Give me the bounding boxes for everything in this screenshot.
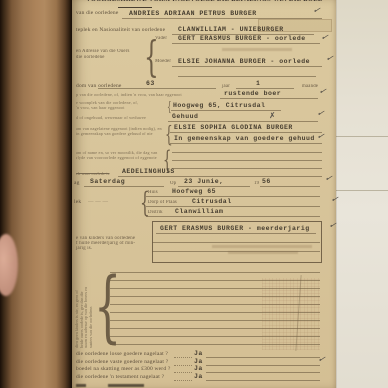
leader xyxy=(174,357,192,358)
marital-label: d of ongehuud, wewenaar of weduwee xyxy=(76,115,146,120)
residence-label-2: 'n vrou, van haar eggenoot xyxy=(76,105,125,110)
rule xyxy=(98,88,216,89)
age-years: 63 xyxy=(146,80,155,87)
brace-glyph: { xyxy=(167,101,172,114)
siblings-note-rotated: dien geen kinders is nie, en geen of bei… xyxy=(75,268,93,348)
day-value: Saterdag xyxy=(90,178,125,185)
rule xyxy=(146,196,320,197)
page-stack-edge xyxy=(336,0,388,388)
day-label: ag xyxy=(74,180,80,186)
op-label: Op xyxy=(170,181,176,186)
age-years-unit: jaar xyxy=(222,84,230,89)
place-label: lek xyxy=(74,199,81,205)
rule xyxy=(110,272,320,273)
brace-glyph: { xyxy=(144,36,159,78)
rule xyxy=(206,357,320,358)
rule xyxy=(171,110,281,111)
cutoff-text-fragment xyxy=(76,384,86,387)
spouse-name: ELSIE SOPHIA GLODINA BURGER xyxy=(174,124,293,131)
rule xyxy=(260,186,320,187)
parents-label-1: en Adresse van die Ouers xyxy=(76,49,130,54)
rule xyxy=(118,176,322,177)
rule xyxy=(84,186,164,187)
question-3-label: boedel na skatting meer as £300 werd ? xyxy=(76,366,171,372)
question-3-answer: Ja xyxy=(194,365,203,372)
distrik-value: Clanwilliam xyxy=(175,208,223,215)
faint-grid-stamp xyxy=(262,278,320,350)
rule xyxy=(206,372,320,373)
faint-stamp xyxy=(222,48,292,51)
rule xyxy=(170,143,322,144)
leader xyxy=(174,365,192,366)
rule xyxy=(170,132,322,133)
parents-label-2: die oorledene xyxy=(76,55,105,60)
residence-value: Hoogweg 65, Citrusdal xyxy=(173,102,265,109)
occupation-label: p van die oorledene, of, indien 'n vrou,… xyxy=(76,92,182,97)
cross-mark: ✗ xyxy=(269,112,277,121)
question-2-answer: Ja xyxy=(194,358,203,365)
question-4-label: die oorledene 'n testament nagelaat ? xyxy=(76,374,164,380)
rule xyxy=(236,88,294,89)
rule xyxy=(172,168,322,169)
page-stack-line xyxy=(336,136,388,137)
huis-label: Huis xyxy=(148,190,158,195)
form-title-clipped: VOORGESKREWE VORM INGEVOLGE DIE BEPALING… xyxy=(86,0,322,5)
checkmark-icon: ✓ xyxy=(315,110,326,120)
checkmark-icon: ✓ xyxy=(311,7,322,17)
siblings-note-line: susters van die oorledene. xyxy=(89,268,94,348)
checkmark-icon: ✓ xyxy=(323,175,334,185)
question-1-answer: Ja xyxy=(194,350,203,357)
date-value: 23 Junie, xyxy=(184,178,224,185)
name-value: ANDRIES ADRIAAN PETRUS BURGER xyxy=(129,10,257,17)
page-stack-line xyxy=(336,190,388,191)
checkmark-icon: ✓ xyxy=(319,34,330,44)
distrik-label: Distrik xyxy=(148,210,163,215)
place-of-death-value: AEDELINGHUIS xyxy=(122,168,175,175)
name-label: van die oorledene xyxy=(76,10,119,16)
children-value: GERT ERASMUS BURGER - meerderjarig xyxy=(160,225,310,232)
birthplace-value: CLANWILLIAM - UNIEBURGER xyxy=(178,26,284,33)
spouse-label-2: in gemeenskap van goedere gehuud of nie xyxy=(76,131,153,136)
occupation-value: rustende boer xyxy=(224,90,281,97)
cutoff-text-fragment xyxy=(108,384,144,387)
rule xyxy=(172,43,320,44)
mother-label: Moeder xyxy=(155,59,171,64)
checkmark-icon: ✓ xyxy=(324,55,335,65)
question-4-answer: Ja xyxy=(194,373,203,380)
book-cover-spine xyxy=(0,0,74,388)
rule xyxy=(172,152,322,153)
rule xyxy=(172,160,322,161)
mother-value: ELSIE JOHANNA BURGER - oorlede xyxy=(178,58,310,65)
place-of-death-label: ek waar oorlede is xyxy=(76,171,110,176)
age-months-unit: maande xyxy=(302,84,318,89)
children-label-3: jarig is. xyxy=(76,246,92,251)
death-notice-form: VOORGESKREWE VORM INGEVOLGE DIE BEPALING… xyxy=(72,0,336,388)
rule xyxy=(172,66,322,67)
rule xyxy=(156,233,316,234)
photographed-death-notice: VOORGESKREWE VORM INGEVOLGE DIE BEPALING… xyxy=(0,0,388,388)
rule xyxy=(178,186,250,187)
checkmark-icon: ✓ xyxy=(315,133,326,143)
title-rule xyxy=(118,7,152,8)
rule xyxy=(206,365,320,366)
dorp-label: Dorp of Plaas xyxy=(148,200,177,205)
rule xyxy=(168,121,318,122)
rule xyxy=(146,206,320,207)
father-value: GERT ERASMUS BURGER - oorlede xyxy=(178,35,306,42)
question-1-label: die oorledene losse goedere nagelaat ? xyxy=(76,351,168,357)
year-prefix: 19 xyxy=(254,181,259,186)
question-2-label: die oorledene vaste goedere nagelaat ? xyxy=(76,359,168,365)
marital-value: Gehuud xyxy=(172,113,198,120)
rule xyxy=(220,98,318,99)
faint-stamp xyxy=(212,245,312,248)
checkmark-icon: ✓ xyxy=(317,88,328,98)
rule xyxy=(152,242,320,243)
dorp-value: Citrusdal xyxy=(192,198,232,205)
leader xyxy=(174,372,192,373)
faint-stamp xyxy=(228,251,298,254)
rule xyxy=(146,216,320,217)
rule xyxy=(206,380,320,381)
rule xyxy=(178,76,316,77)
spouse-community: In gemeenskap van goedere gehuud xyxy=(174,135,315,142)
predeceased-label-2: rlyde van vooroorlede eggenoot of eggeno… xyxy=(76,155,157,160)
leader xyxy=(174,380,192,381)
place-dashes: — — — xyxy=(88,199,108,205)
age-months: 1 xyxy=(256,80,260,87)
huis-value: Hoofweg 65 xyxy=(172,188,216,195)
year-value: 56 xyxy=(262,178,271,185)
form-title: VOORGESKREWE VORM INGEVOLGE DIE BEPALING… xyxy=(86,0,322,3)
